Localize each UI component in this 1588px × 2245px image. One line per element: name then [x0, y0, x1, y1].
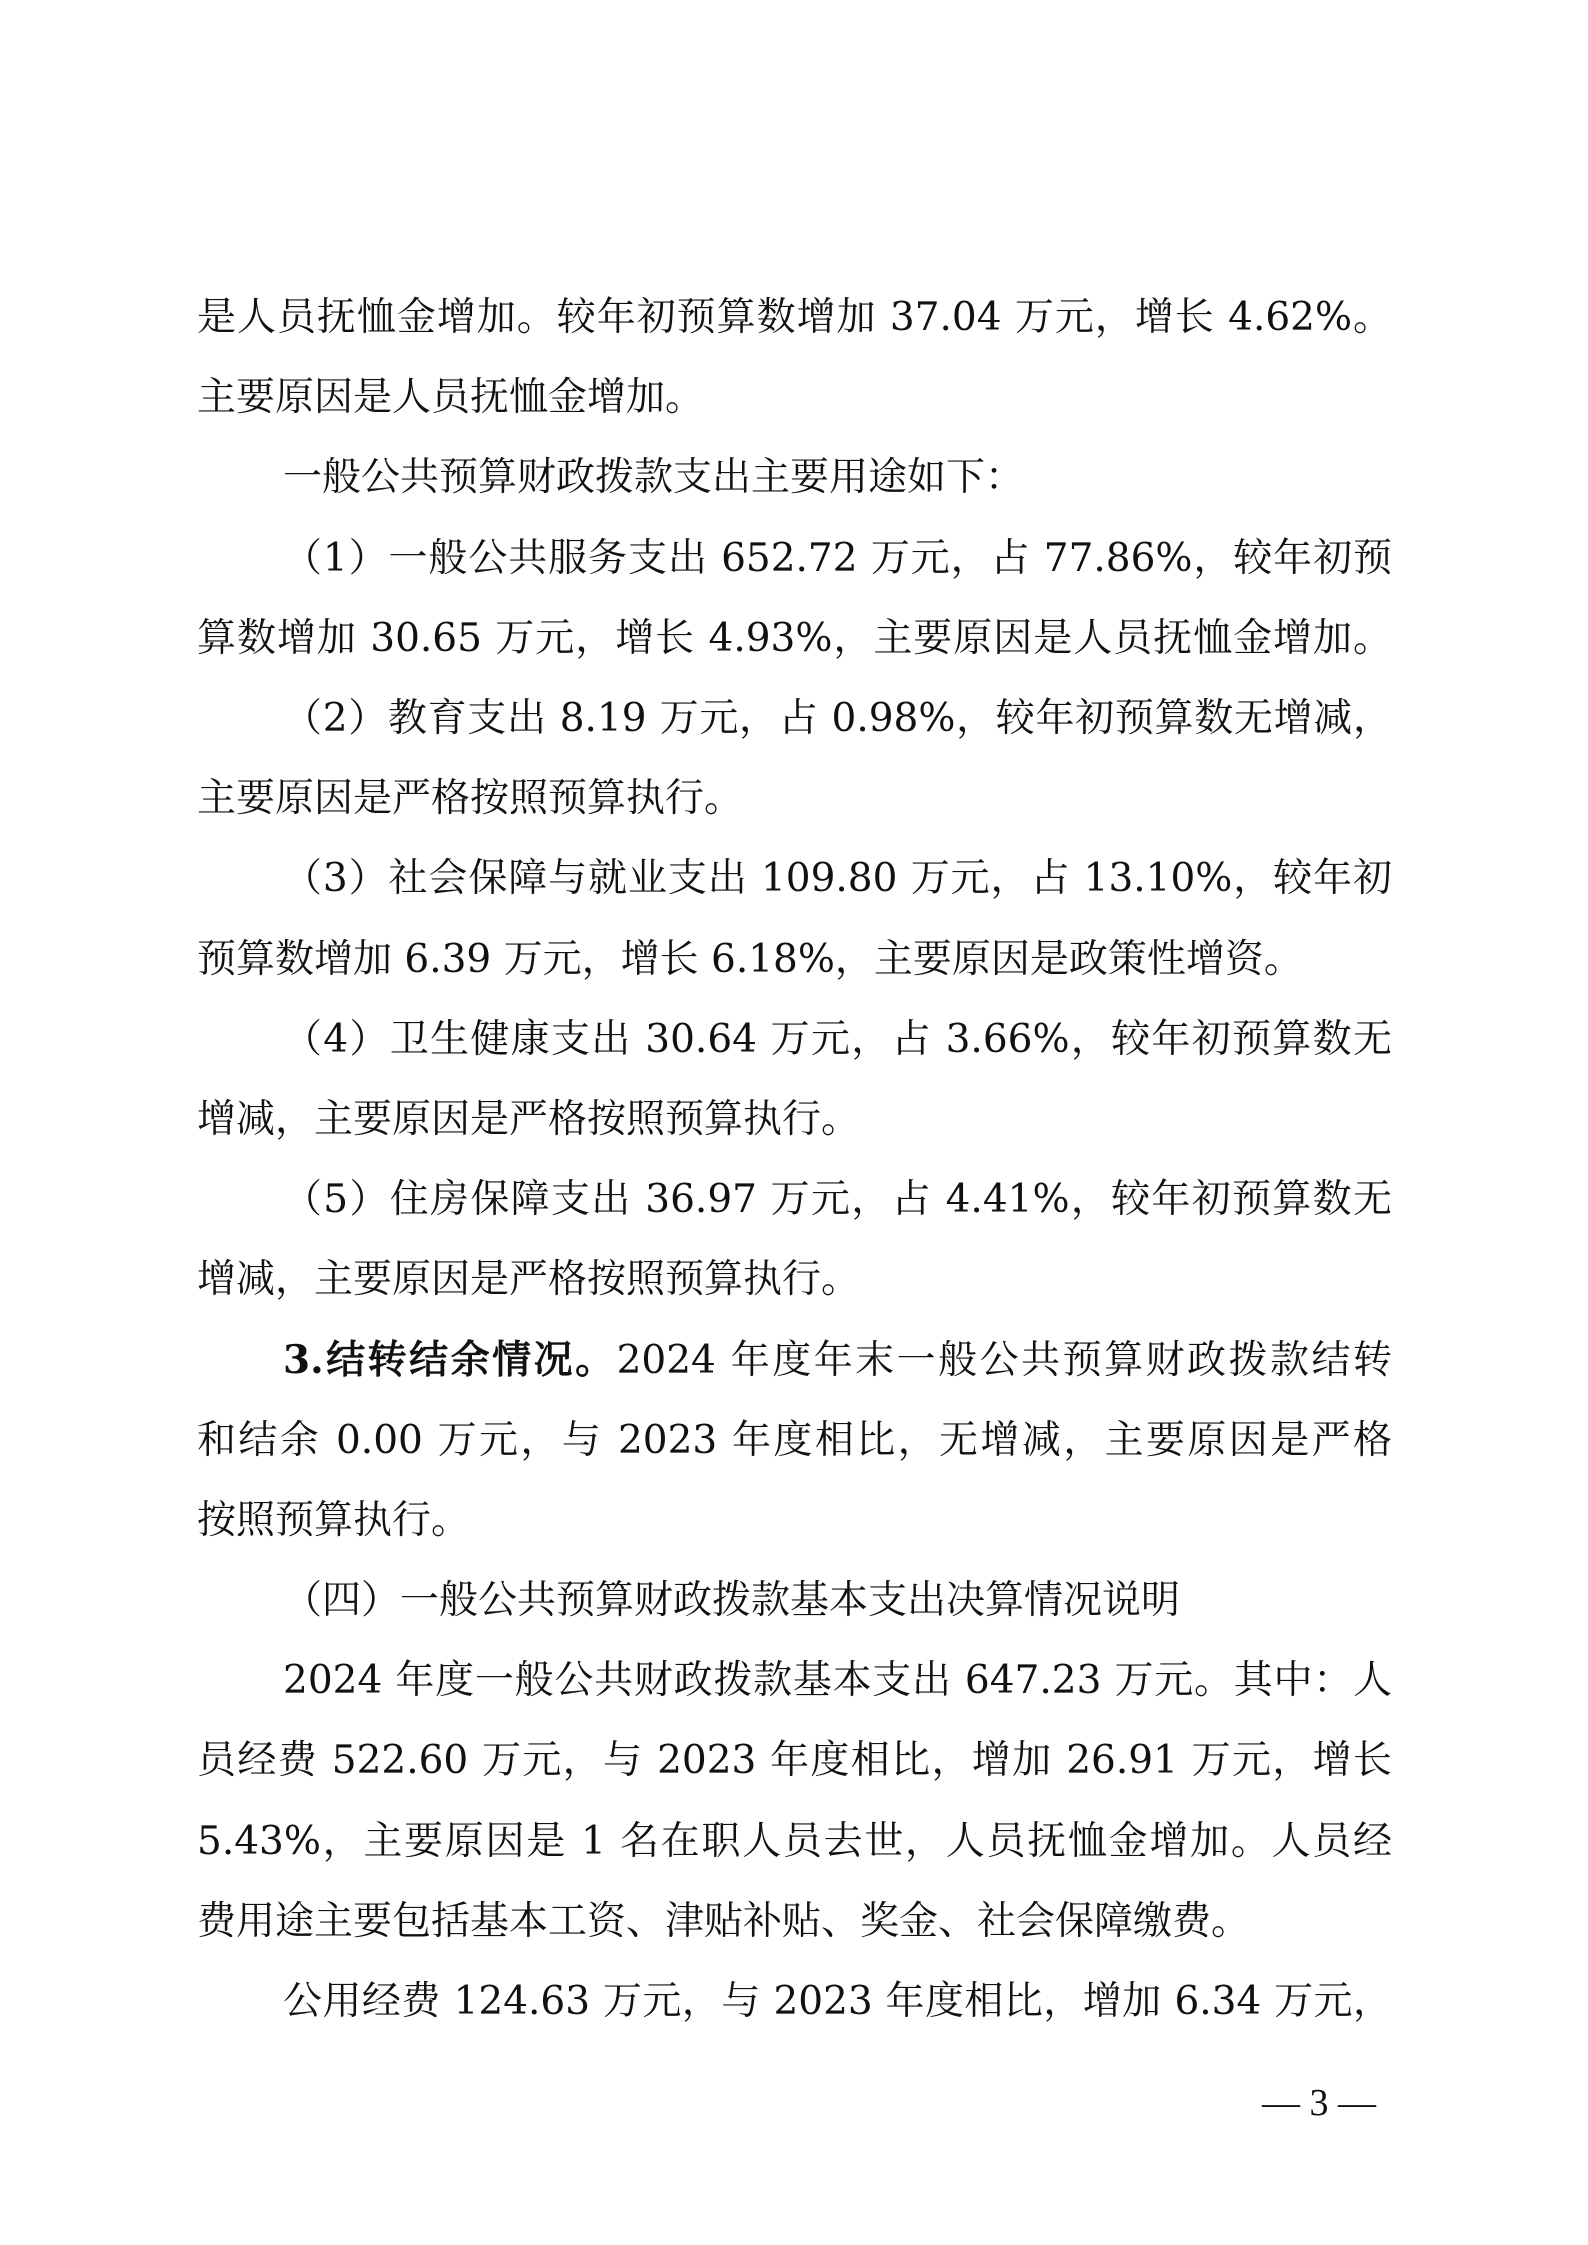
line-text: （4）卫生健康支出 30.64 万元，占 3.66%，较年初预算数无 [283, 1017, 1392, 1062]
body-text: 是人员抚恤金增加。较年初预算数增加 37.04 万元，增长 4.62%。 主要原… [197, 278, 1392, 2042]
line-text: 5.43%，主要原因是 1 名在职人员去世，人员抚恤金增加。人员经 [197, 1819, 1392, 1864]
line-text: （2）教育支出 8.19 万元，占 0.98%，较年初预算数无增减， [283, 696, 1392, 741]
line-text: 预算数增加 6.39 万元，增长 6.18%，主要原因是政策性增资。 [197, 937, 1303, 982]
text-line: 公用经费 124.63 万元，与 2023 年度相比，增加 6.34 万元， [197, 1962, 1392, 2042]
line-text: 主要原因是严格按照预算执行。 [197, 776, 743, 821]
text-line: 5.43%，主要原因是 1 名在职人员去世，人员抚恤金增加。人员经 [197, 1802, 1392, 1882]
subsection-title: 3.结转结余情况。 [283, 1337, 617, 1383]
text-line: （3）社会保障与就业支出 109.80 万元，占 13.10%，较年初 [197, 839, 1392, 919]
text-line: 2024 年度一般公共财政拨款基本支出 647.23 万元。其中：人 [197, 1641, 1392, 1721]
text-line: 预算数增加 6.39 万元，增长 6.18%，主要原因是政策性增资。 [197, 920, 1392, 1000]
line-text: 主要原因是人员抚恤金增加。 [197, 375, 704, 420]
line-text: 费用途主要包括基本工资、津贴补贴、奖金、社会保障缴费。 [197, 1899, 1250, 1944]
line-text: 2024 年度一般公共财政拨款基本支出 647.23 万元。其中：人 [283, 1658, 1392, 1703]
line-text: 算数增加 30.65 万元，增长 4.93%，主要原因是人员抚恤金增加。 [197, 616, 1392, 661]
line-text: 按照预算执行。 [197, 1498, 470, 1543]
text-line: （2）教育支出 8.19 万元，占 0.98%，较年初预算数无增减， [197, 679, 1392, 759]
text-line: 增减，主要原因是严格按照预算执行。 [197, 1080, 1392, 1160]
text-line: （1）一般公共服务支出 652.72 万元，占 77.86%，较年初预 [197, 519, 1392, 599]
line-text: 是人员抚恤金增加。较年初预算数增加 37.04 万元，增长 4.62%。 [197, 295, 1392, 340]
line-text: 公用经费 124.63 万元，与 2023 年度相比，增加 6.34 万元， [283, 1979, 1392, 2024]
text-line: （4）卫生健康支出 30.64 万元，占 3.66%，较年初预算数无 [197, 1000, 1392, 1080]
line-text: 一般公共预算财政拨款支出主要用途如下： [283, 455, 1024, 500]
line-text: （1）一般公共服务支出 652.72 万元，占 77.86%，较年初预 [283, 536, 1392, 581]
text-line: 是人员抚恤金增加。较年初预算数增加 37.04 万元，增长 4.62%。 [197, 278, 1392, 358]
text-line: 按照预算执行。 [197, 1481, 1392, 1561]
line-text: 增减，主要原因是严格按照预算执行。 [197, 1257, 860, 1302]
text-line: 主要原因是严格按照预算执行。 [197, 759, 1392, 839]
line-text: 员经费 522.60 万元，与 2023 年度相比，增加 26.91 万元，增长 [197, 1738, 1392, 1783]
text-line: 算数增加 30.65 万元，增长 4.93%，主要原因是人员抚恤金增加。 [197, 599, 1392, 679]
text-line: 一般公共预算财政拨款支出主要用途如下： [197, 438, 1392, 518]
text-line: （5）住房保障支出 36.97 万元，占 4.41%，较年初预算数无 [197, 1160, 1392, 1240]
text-line: 3.结转结余情况。2024 年度年末一般公共预算财政拨款结转 [197, 1320, 1392, 1400]
line-text: 和结余 0.00 万元，与 2023 年度相比，无增减，主要原因是严格 [197, 1418, 1392, 1463]
section-heading: （四）一般公共预算财政拨款基本支出决算情况说明 [197, 1561, 1392, 1641]
page-number: — 3 — [1262, 2078, 1376, 2128]
line-text: 2024 年度年末一般公共预算财政拨款结转 [617, 1338, 1392, 1383]
text-line: 员经费 522.60 万元，与 2023 年度相比，增加 26.91 万元，增长 [197, 1721, 1392, 1801]
text-line: 主要原因是人员抚恤金增加。 [197, 358, 1392, 438]
document-page: 是人员抚恤金增加。较年初预算数增加 37.04 万元，增长 4.62%。 主要原… [0, 0, 1588, 2245]
text-line: 增减，主要原因是严格按照预算执行。 [197, 1240, 1392, 1320]
text-line: 费用途主要包括基本工资、津贴补贴、奖金、社会保障缴费。 [197, 1882, 1392, 1962]
text-line: 和结余 0.00 万元，与 2023 年度相比，无增减，主要原因是严格 [197, 1401, 1392, 1481]
line-text: 增减，主要原因是严格按照预算执行。 [197, 1097, 860, 1142]
line-text: （3）社会保障与就业支出 109.80 万元，占 13.10%，较年初 [283, 856, 1392, 901]
line-text: （5）住房保障支出 36.97 万元，占 4.41%，较年初预算数无 [283, 1177, 1392, 1222]
line-text: （四）一般公共预算财政拨款基本支出决算情况说明 [283, 1578, 1180, 1623]
